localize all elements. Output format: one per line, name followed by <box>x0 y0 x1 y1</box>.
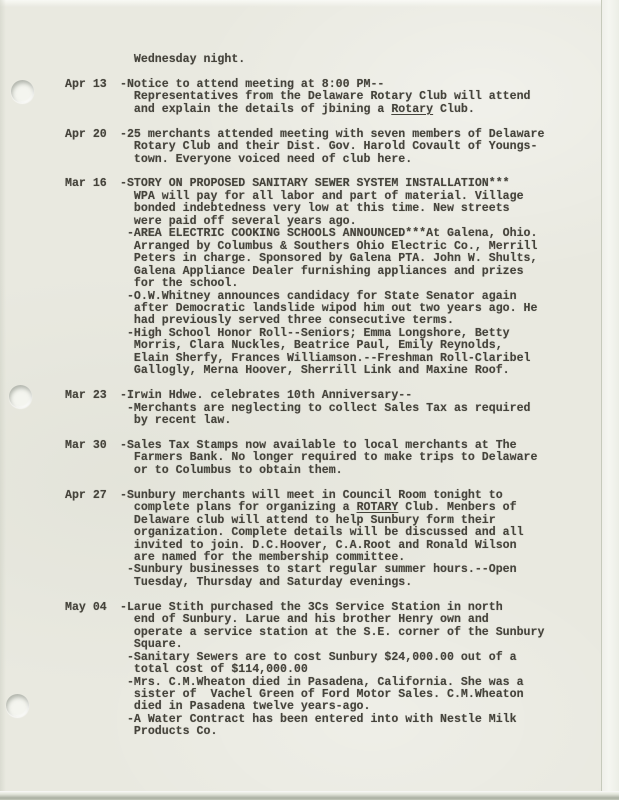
entry-line: Wednesday night. <box>120 54 619 66</box>
entry-line: complete plans for organizing a ROTARY C… <box>120 502 619 514</box>
log-entry: Wednesday night. <box>0 54 619 66</box>
entry-line: for the school. <box>120 278 619 290</box>
entry-line: end of Sunbury. Larue and his brother He… <box>120 614 619 626</box>
log-entry: Apr 13-Notice to attend meeting at 8:00 … <box>0 79 619 116</box>
entry-line: organization. Complete details will be d… <box>120 527 619 539</box>
entry-line: bonded indebtedness very low at this tim… <box>120 203 619 215</box>
entry-line: by recent law. <box>120 415 619 427</box>
entry-date: May 04 <box>65 602 107 614</box>
entry-lines: -Irwin Hdwe. celebrates 10th Anniversary… <box>120 390 619 427</box>
entry-date: Mar 23 <box>65 390 107 402</box>
underlined-text: Rotary <box>391 103 433 116</box>
entry-lines: -Larue Stith purchased the 3Cs Service S… <box>120 602 619 739</box>
entry-line: -Irwin Hdwe. celebrates 10th Anniversary… <box>120 390 619 402</box>
entry-line: Farmers Bank. No longer required to make… <box>120 452 619 464</box>
log-entry: May 04-Larue Stith purchased the 3Cs Ser… <box>0 602 619 739</box>
log-entry: Mar 30-Sales Tax Stamps now available to… <box>0 440 619 477</box>
entry-date: Mar 30 <box>65 440 107 452</box>
scanned-page: Wednesday night.Apr 13-Notice to attend … <box>0 0 619 800</box>
entry-line: or to Columbus to obtain them. <box>120 465 619 477</box>
entry-date: Mar 16 <box>65 178 107 190</box>
entry-line: Rotary Club and their Dist. Gov. Harold … <box>120 141 619 153</box>
entry-line: -AREA ELECTRIC COOKING SCHOOLS ANNOUNCED… <box>120 228 619 240</box>
entry-line: and explain the details of jbining a Rot… <box>120 104 619 116</box>
underlined-text: ROTARY <box>357 501 399 514</box>
entry-lines: Wednesday night. <box>120 54 619 66</box>
entry-line: town. Everyone voiced need of club here. <box>120 154 619 166</box>
paper-bottom-edge <box>0 791 619 800</box>
log-entry: Apr 27-Sunbury merchants will meet in Co… <box>0 490 619 590</box>
log-entry: Mar 16-STORY ON PROPOSED SANITARY SEWER … <box>0 178 619 377</box>
typewritten-content: Wednesday night.Apr 13-Notice to attend … <box>0 0 619 739</box>
entry-line: total cost of $114,000.00 <box>120 664 619 676</box>
entry-lines: -Sunbury merchants will meet in Council … <box>120 490 619 590</box>
entry-date: Apr 27 <box>65 490 107 502</box>
entry-lines: -Notice to attend meeting at 8:00 PM-- R… <box>120 79 619 116</box>
entry-line: Peters in charge. Sponsored by Galena PT… <box>120 253 619 265</box>
entry-lines: -Sales Tax Stamps now available to local… <box>120 440 619 477</box>
entry-date: Apr 13 <box>65 79 107 91</box>
entry-date: Apr 20 <box>65 129 107 141</box>
entry-line: Tuesday, Thursday and Saturday evenings. <box>120 577 619 589</box>
entry-line: Products Co. <box>120 726 619 738</box>
log-entry: Mar 23-Irwin Hdwe. celebrates 10th Anniv… <box>0 390 619 427</box>
entry-line: Representatives from the Delaware Rotary… <box>120 91 619 103</box>
entry-lines: -STORY ON PROPOSED SANITARY SEWER SYSTEM… <box>120 178 619 377</box>
entry-lines: -25 merchants attended meeting with seve… <box>120 129 619 166</box>
entry-line: Gallogly, Merna Hoover, Sherrill Link an… <box>120 365 619 377</box>
log-entry: Apr 20-25 merchants attended meeting wit… <box>0 129 619 166</box>
entry-line: Morris, Clara Nuckles, Beatrice Paul, Em… <box>120 340 619 352</box>
entry-line: Square. <box>120 639 619 651</box>
entry-line: operate a service station at the S.E. co… <box>120 627 619 639</box>
